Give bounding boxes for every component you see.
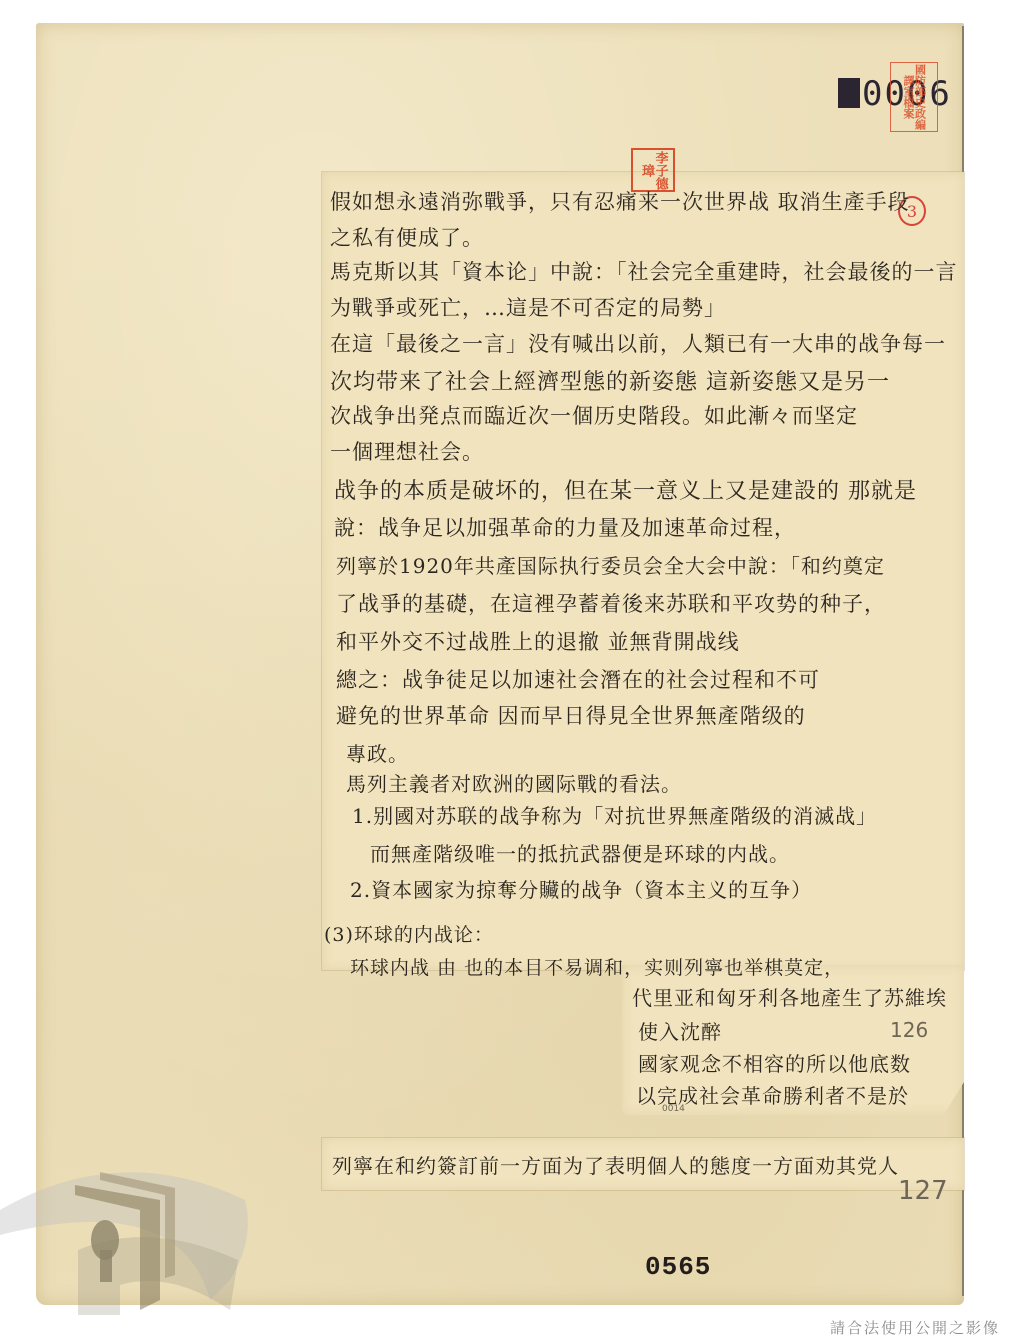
text-line: 列寧於1920年共產国际执行委员会全大会中說：「和约奠定 xyxy=(336,550,885,579)
archive-seal: 國防部史政編譯室檔案 xyxy=(890,62,938,132)
text-line: 馬克斯以其「資本论」中說：「社会完全重建時，社会最後的一言 xyxy=(330,256,958,286)
redacted-mark xyxy=(838,78,860,108)
pencil-page-number: 126 xyxy=(890,1018,928,1042)
text-line: 和平外交不过战胜上的退撤 並無背開战线 xyxy=(336,626,740,656)
text-line: 說：战争足以加强革命的力量及加速革命过程， xyxy=(334,512,796,542)
text-line: 國家观念不相容的所以他底数 xyxy=(638,1048,911,1077)
text-line: 1.别國对苏联的战争称为「对抗世界無產階级的消滅战」 xyxy=(352,800,877,829)
text-line: 2.資本國家为掠奪分贜的战争（資本主义的互争） xyxy=(350,874,812,903)
text-line: 一個理想社会。 xyxy=(330,436,484,466)
text-line: 列寧在和约簽訂前一方面为了表明個人的態度一方面劝其党人 xyxy=(332,1150,899,1179)
text-line: 在這「最後之一言」没有喊出以前，人類已有一大串的战争每一 xyxy=(330,328,946,358)
text-line: 使入沈醉 xyxy=(638,1016,722,1045)
text-line: 之私有便成了。 xyxy=(330,222,484,252)
small-stamp-number: 0014 xyxy=(662,1104,685,1114)
archive-seal-text: 國防部史政編譯室檔案 xyxy=(902,63,925,131)
text-line: 战争的本质是破坏的，但在某一意义上又是建設的 那就是 xyxy=(334,474,917,505)
text-line: (3)环球的内战论： xyxy=(324,920,494,947)
text-line: 專政。 xyxy=(346,738,409,767)
pencil-page-number: 127 xyxy=(898,1176,948,1206)
archive-keyhole-books-logo-icon xyxy=(0,1150,250,1344)
author-seal-text: 李子德璋 xyxy=(639,150,666,190)
text-line: 了战爭的基礎，在這裡孕蓄着後来苏联和平攻势的种子， xyxy=(336,588,886,618)
text-line: 假如想永遠消弥戰爭，只有忍痛来一次世界战 取消生產手段 xyxy=(330,186,910,216)
text-line: 次均带来了社会上經濟型態的新姿態 這新姿態又是另一 xyxy=(330,365,890,396)
text-line: 代里亚和匈牙利各地產生了苏維埃 xyxy=(632,982,947,1011)
text-line: 为戰爭或死亡，…這是不可否定的局勢」 xyxy=(330,292,726,322)
page-stamp-number: 0565 xyxy=(645,1252,711,1282)
text-line: 總之：战争徒足以加速社会潛在的社会过程和不可 xyxy=(336,664,820,694)
watermark-notice: 請合法使用公開之影像 xyxy=(830,1317,1000,1338)
text-line: 馬列主義者对欧洲的國际戰的看法。 xyxy=(346,768,682,797)
text-line: 次战争出発点而臨近次一個历史階段。如此漸々而坚定 xyxy=(330,400,858,430)
text-line: 避免的世界革命 因而早日得見全世界無產階级的 xyxy=(336,700,806,730)
text-line: 而無產階级唯一的抵抗武器便是环球的内战。 xyxy=(370,838,790,867)
text-line: 环球内战 由 也的本目不易调和，实则列寧也举棋莫定， xyxy=(350,953,844,980)
